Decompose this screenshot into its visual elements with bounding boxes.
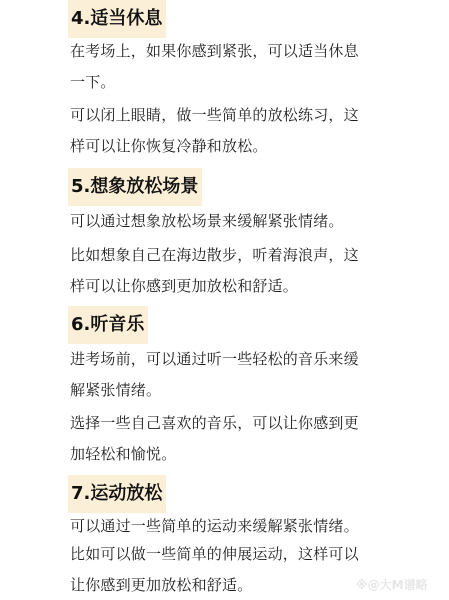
- section-heading-4: 4.适当休息: [68, 0, 166, 38]
- section-7-paragraph-2: 比如可以做一些简单的伸展运动，这样可以让你感到更加放松和舒适。: [70, 539, 370, 600]
- section-4-paragraph-2: 可以闭上眼睛，做一些简单的放松练习，这样可以让你恢复冷静和放松。: [70, 100, 370, 162]
- section-5-paragraph-2: 比如想象自己在海边散步，听着海浪声，这样可以让你感到更加放松和舒适。: [70, 240, 370, 302]
- section-7-paragraph-1: 可以通过一些简单的运动来缓解紧张情绪。: [70, 511, 370, 542]
- section-5-paragraph-1: 可以通过想象放松场景来缓解紧张情绪。: [70, 206, 370, 237]
- section-4-paragraph-1: 在考场上，如果你感到紧张，可以适当休息一下。: [70, 36, 370, 98]
- watermark: ※@大M谱略: [356, 576, 428, 593]
- section-6-paragraph-1: 进考场前，可以通过听一些轻松的音乐来缓解紧张情绪。: [70, 344, 370, 406]
- section-6-paragraph-2: 选择一些自己喜欢的音乐，可以让你感到更加轻松和愉悦。: [70, 408, 370, 470]
- section-heading-5: 5.想象放松场景: [68, 168, 202, 206]
- section-heading-6: 6.听音乐: [68, 306, 148, 344]
- section-heading-7: 7.运动放松: [68, 475, 166, 513]
